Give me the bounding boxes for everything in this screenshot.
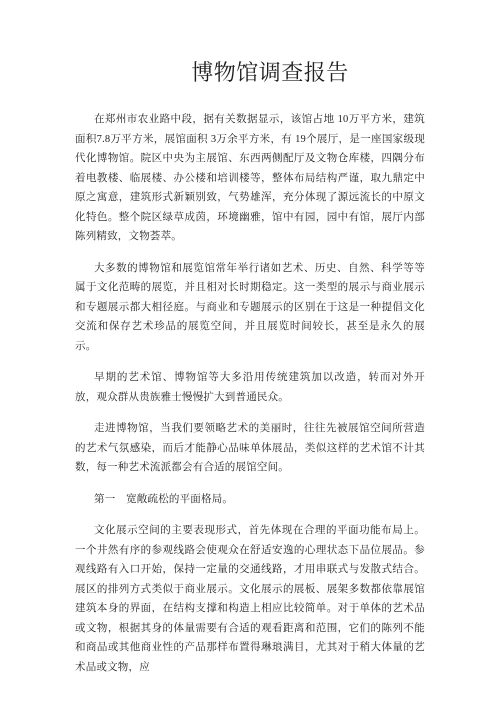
paragraph-entering-museum: 走进博物馆，当我们要领略艺术的美丽时，往往先被展馆空间所营造的艺术气氛感染，而后… [75,419,425,478]
paragraph-museum-intro: 在郑州市农业路中段，据有关数据显示，该馆占地 10万平方米，建筑面积7.8万平方… [75,110,425,247]
section-heading-first: 第一 宽敞疏松的平面格局。 [75,490,425,510]
document-page: 博物馆调查报告 在郑州市农业路中段，据有关数据显示，该馆占地 10万平方米，建筑… [0,0,500,708]
paragraph-plane-layout: 文化展示空间的主要表现形式，首先体现在合理的平面功能布局上。一个井然有序的参观线… [75,521,425,677]
document-title: 博物馆调查报告 [75,56,425,90]
paragraph-exhibition-types: 大多数的博物馆和展览馆常年举行诸如艺术、历史、自然、科学等等属于文化范畴的展览，… [75,259,425,357]
paragraph-early-museums: 早期的艺术馆、博物馆等大多沿用传统建筑加以改造，转而对外开放，观众群从贵族雅士慢… [75,368,425,407]
